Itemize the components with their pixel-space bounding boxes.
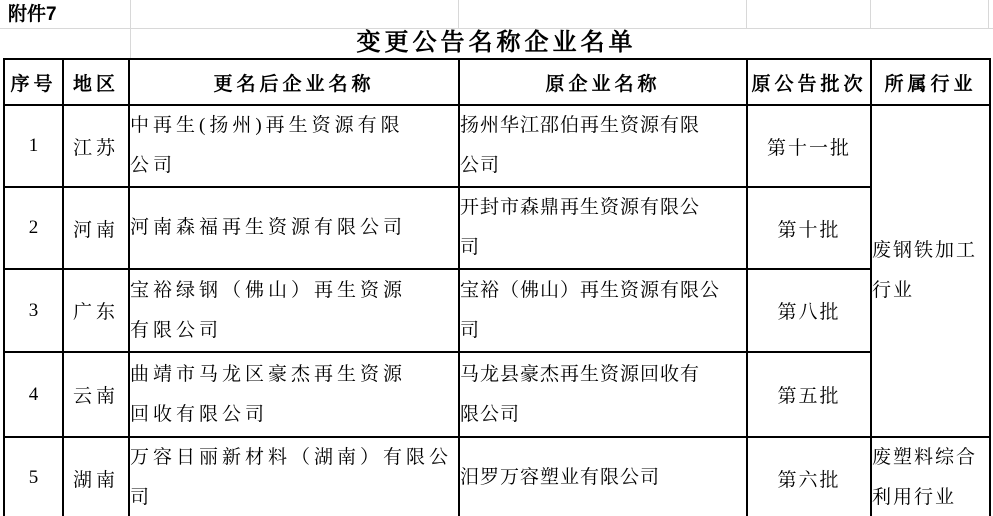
cell-region: 江苏 (63, 105, 129, 187)
cell-old-name: 汨罗万容塑业有限公司 (459, 437, 747, 516)
cell-no: 3 (4, 269, 63, 352)
sheet: 附件7 变更公告名称企业名单 序号 地区 更名后企业名称 原企业名称 原公告批次… (0, 0, 993, 516)
cell-new-name: 宝裕绿钢（佛山）再生资源 有限公司 (129, 269, 459, 352)
cell-batch: 第十批 (747, 187, 871, 269)
col-header-new-name: 更名后企业名称 (129, 59, 459, 105)
cell-region: 广东 (63, 269, 129, 352)
cell-no: 4 (4, 352, 63, 437)
cell-new-name: 中再生(扬州)再生资源有限 公司 (129, 105, 459, 187)
col-header-region: 地区 (63, 59, 129, 105)
col-header-old-name: 原企业名称 (459, 59, 747, 105)
gridline-vertical-2 (458, 0, 459, 28)
cell-no: 2 (4, 187, 63, 269)
gridline-vertical-5 (988, 0, 989, 28)
gridline-vertical-3 (746, 0, 747, 28)
cell-region: 湖南 (63, 437, 129, 516)
col-header-industry: 所属行业 (871, 59, 990, 105)
page-title: 变更公告名称企业名单 (0, 28, 993, 58)
table-row: 4 云南 曲靖市马龙区豪杰再生资源 回收有限公司 马龙县豪杰再生资源回收有 限公… (4, 352, 990, 437)
table-row: 3 广东 宝裕绿钢（佛山）再生资源 有限公司 宝裕（佛山）再生资源有限公 司 第… (4, 269, 990, 352)
cell-no: 5 (4, 437, 63, 516)
table-row: 1 江苏 中再生(扬州)再生资源有限 公司 扬州华江邵伯再生资源有限 公司 第十… (4, 105, 990, 187)
cell-batch: 第六批 (747, 437, 871, 516)
cell-no: 1 (4, 105, 63, 187)
cell-old-name: 宝裕（佛山）再生资源有限公 司 (459, 269, 747, 352)
cell-region: 河南 (63, 187, 129, 269)
cell-industry-steel: 废钢铁加工 行业 (871, 105, 990, 437)
col-header-batch: 原公告批次 (747, 59, 871, 105)
cell-industry-plastic: 废塑料综合 利用行业 (871, 437, 990, 516)
table-row: 5 湖南 万容日丽新材料（湖南）有限公司 汨罗万容塑业有限公司 第六批 废塑料综… (4, 437, 990, 516)
table-row: 2 河南 河南森福再生资源有限公司 开封市森鼎再生资源有限公 司 第十批 (4, 187, 990, 269)
cell-old-name: 扬州华江邵伯再生资源有限 公司 (459, 105, 747, 187)
header-row: 序号 地区 更名后企业名称 原企业名称 原公告批次 所属行业 (4, 59, 990, 105)
cell-new-name: 万容日丽新材料（湖南）有限公司 (129, 437, 459, 516)
cell-batch: 第八批 (747, 269, 871, 352)
attachment-label: 附件7 (8, 3, 57, 27)
cell-batch: 第五批 (747, 352, 871, 437)
cell-batch: 第十一批 (747, 105, 871, 187)
cell-new-name: 河南森福再生资源有限公司 (129, 187, 459, 269)
col-header-no: 序号 (4, 59, 63, 105)
cell-region: 云南 (63, 352, 129, 437)
gridline-vertical-4 (870, 0, 871, 28)
rename-announcement-table: 序号 地区 更名后企业名称 原企业名称 原公告批次 所属行业 1 江苏 中再生(… (3, 58, 991, 516)
cell-new-name: 曲靖市马龙区豪杰再生资源 回收有限公司 (129, 352, 459, 437)
cell-old-name: 开封市森鼎再生资源有限公 司 (459, 187, 747, 269)
cell-old-name: 马龙县豪杰再生资源回收有 限公司 (459, 352, 747, 437)
